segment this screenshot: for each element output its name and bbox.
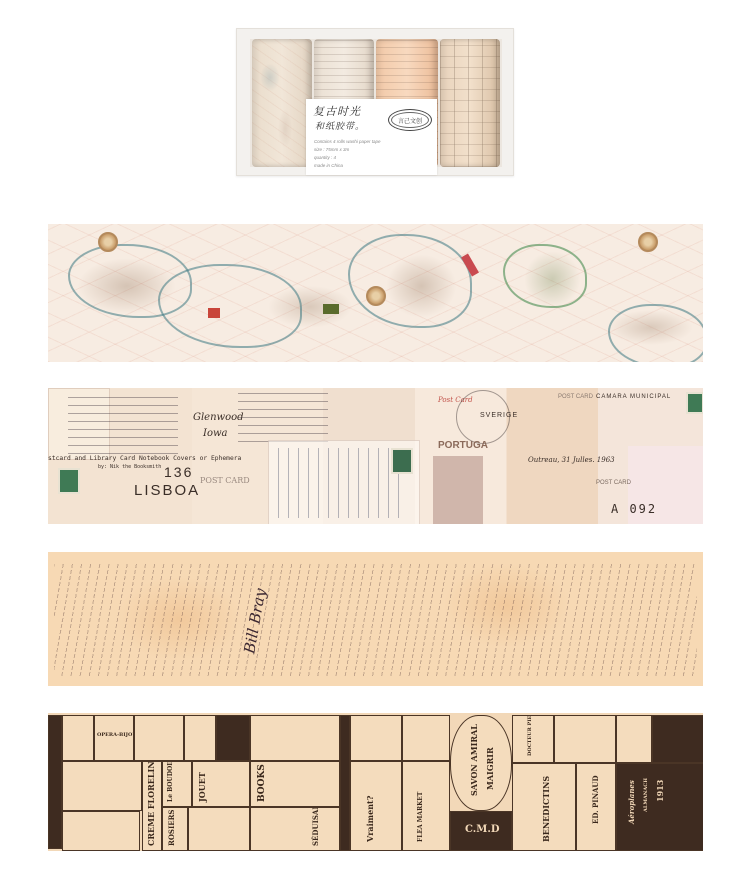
label-title-line2: 和纸胶带。 bbox=[315, 119, 365, 132]
ad-boudoir-text: Le BOUDOIR bbox=[167, 761, 174, 802]
ad-cmd-text: C.M.D bbox=[465, 824, 500, 835]
spec-line: size : 75mm x 3m bbox=[314, 147, 349, 152]
spec-line: made in China bbox=[314, 163, 343, 168]
ad-cell: BENEDICTINS bbox=[512, 763, 576, 851]
coastline-shape bbox=[503, 244, 587, 308]
compass-rose-icon bbox=[366, 286, 386, 306]
map-tape-strip bbox=[48, 224, 703, 362]
ad-jouet-text: JOUET bbox=[197, 772, 207, 802]
ad-maigrir-text: MAIGRIR bbox=[485, 747, 495, 790]
ad-cell bbox=[554, 715, 616, 763]
label-title-line1: 复古时光 bbox=[313, 103, 361, 119]
script-tape-strip: Bill Bray bbox=[48, 552, 703, 686]
ad-vraiment-text: Vraiment? bbox=[365, 796, 375, 842]
green-postage-stamp bbox=[391, 448, 413, 474]
glenwood-text: Glenwood bbox=[193, 412, 244, 423]
ads-tape-strip: OPERA-BIJOU CREME FLORELINE Le BOUDOIR J… bbox=[48, 713, 703, 851]
post-card-text: POST CARD bbox=[596, 480, 631, 486]
ad-cell bbox=[184, 715, 216, 761]
byline-text: by: Nik the Booksmith bbox=[98, 464, 161, 470]
caption-text: stcard and Library Card Notebook Covers … bbox=[48, 455, 241, 462]
ad-cell: Le BOUDOIR bbox=[162, 761, 192, 807]
green-postage-stamp bbox=[686, 392, 703, 414]
green-postage-stamp bbox=[58, 468, 80, 494]
ad-cell: ROSIERS bbox=[162, 807, 188, 851]
product-box: 复古时光 和纸胶带。 言己文创 Contains 4 rolls washi p… bbox=[236, 28, 514, 176]
green-island-marker bbox=[323, 304, 339, 314]
serial-number-text: A 092 bbox=[611, 502, 657, 516]
ad-cell: BOOKS bbox=[250, 761, 340, 807]
brand-stamp: 言己文创 bbox=[388, 109, 432, 131]
ad-cell bbox=[652, 715, 703, 763]
ad-cell bbox=[62, 715, 94, 761]
ad-cell: OPERA-BIJOU bbox=[94, 715, 134, 761]
red-flag-marker bbox=[208, 308, 220, 318]
ad-savon-text: SAVON AMIRAL bbox=[469, 724, 479, 796]
ad-opera-text: OPERA-BIJOU bbox=[97, 732, 134, 738]
ad-cell bbox=[48, 715, 62, 849]
ad-cell: ED. PINAUD bbox=[576, 763, 616, 851]
ad-cell: CREME FLORELINE bbox=[142, 761, 162, 851]
ad-cell bbox=[250, 715, 340, 761]
ad-cell bbox=[616, 715, 652, 763]
ad-cell: C.M.D bbox=[450, 811, 512, 851]
ad-year-text: 1913 bbox=[655, 780, 665, 802]
coastline-shape bbox=[608, 304, 703, 362]
lisboa-text: LISBOA bbox=[134, 482, 200, 499]
spec-line: quantity : 4 bbox=[314, 155, 336, 160]
post-card-text: POST CARD bbox=[200, 476, 250, 485]
ad-docteur-text: DOCTEUR PIERRE bbox=[527, 715, 533, 756]
postcard-tape-strip: Glenwood Iowa stcard and Library Card No… bbox=[48, 388, 703, 524]
date-text: Outreau, 31 Julles. 1963 bbox=[528, 456, 615, 464]
ad-cell: FLEA MARKET bbox=[402, 761, 450, 851]
handwriting-block bbox=[238, 392, 328, 442]
ad-cell bbox=[340, 715, 350, 851]
ad-cell: SAVON AMIRALMAIGRIR bbox=[450, 715, 512, 811]
ad-cell bbox=[134, 715, 184, 761]
portugal-stamp bbox=[433, 456, 483, 524]
portugal-text: PORTUGA bbox=[438, 440, 488, 451]
ad-cell: SÉDUISANTE bbox=[250, 807, 340, 851]
vintage-map-roll bbox=[252, 39, 312, 167]
ad-cell bbox=[62, 761, 142, 811]
ad-benedictins-text: BENEDICTINS bbox=[541, 776, 551, 842]
ad-cell: DOCTEUR PIERRE bbox=[512, 715, 554, 763]
ad-cell bbox=[402, 715, 450, 761]
handwriting-texture bbox=[54, 562, 697, 676]
compass-rose-icon bbox=[98, 232, 118, 252]
ad-creme-text: CREME FLORELINE bbox=[146, 761, 156, 846]
compass-rose-icon bbox=[638, 232, 658, 252]
handwriting-block bbox=[278, 448, 408, 518]
coastline-shape bbox=[348, 234, 472, 328]
spec-line: Contains 4 rolls washi paper tape bbox=[314, 139, 381, 144]
ad-cell bbox=[188, 807, 250, 851]
ad-cell: Vraiment? bbox=[350, 761, 402, 851]
number-136-text: 136 bbox=[164, 464, 193, 480]
post-text: POST CARD bbox=[558, 394, 593, 400]
ad-flea-text: FLEA MARKET bbox=[417, 792, 424, 842]
ad-pinaud-text: ED. PINAUD bbox=[591, 775, 600, 824]
ad-rosiers-text: ROSIERS bbox=[167, 810, 176, 846]
camara-municipal-text: CAMARA MUNICIPAL bbox=[596, 394, 671, 400]
ad-books-text: BOOKS bbox=[257, 764, 267, 802]
ad-almanach-text: ALMANACH bbox=[643, 778, 649, 812]
ad-aeroplanes-text: Aéroplanes bbox=[627, 780, 636, 824]
coastline-shape bbox=[158, 264, 302, 348]
ad-cell bbox=[216, 715, 250, 761]
ad-seduisante-text: SÉDUISANTE bbox=[311, 807, 320, 846]
ad-cell: Aéroplanes ALMANACH 1913 bbox=[616, 763, 703, 851]
box-label-card: 复古时光 和纸胶带。 言己文创 Contains 4 rolls washi p… bbox=[306, 99, 437, 175]
iowa-text: Iowa bbox=[203, 428, 228, 439]
ad-cell bbox=[350, 715, 402, 761]
sverige-text: SVERIGE bbox=[480, 412, 518, 419]
ad-cell: JOUET bbox=[192, 761, 250, 807]
newspaper-ads-roll bbox=[440, 39, 500, 167]
handwriting-block bbox=[68, 394, 178, 454]
ad-cell bbox=[62, 811, 140, 851]
